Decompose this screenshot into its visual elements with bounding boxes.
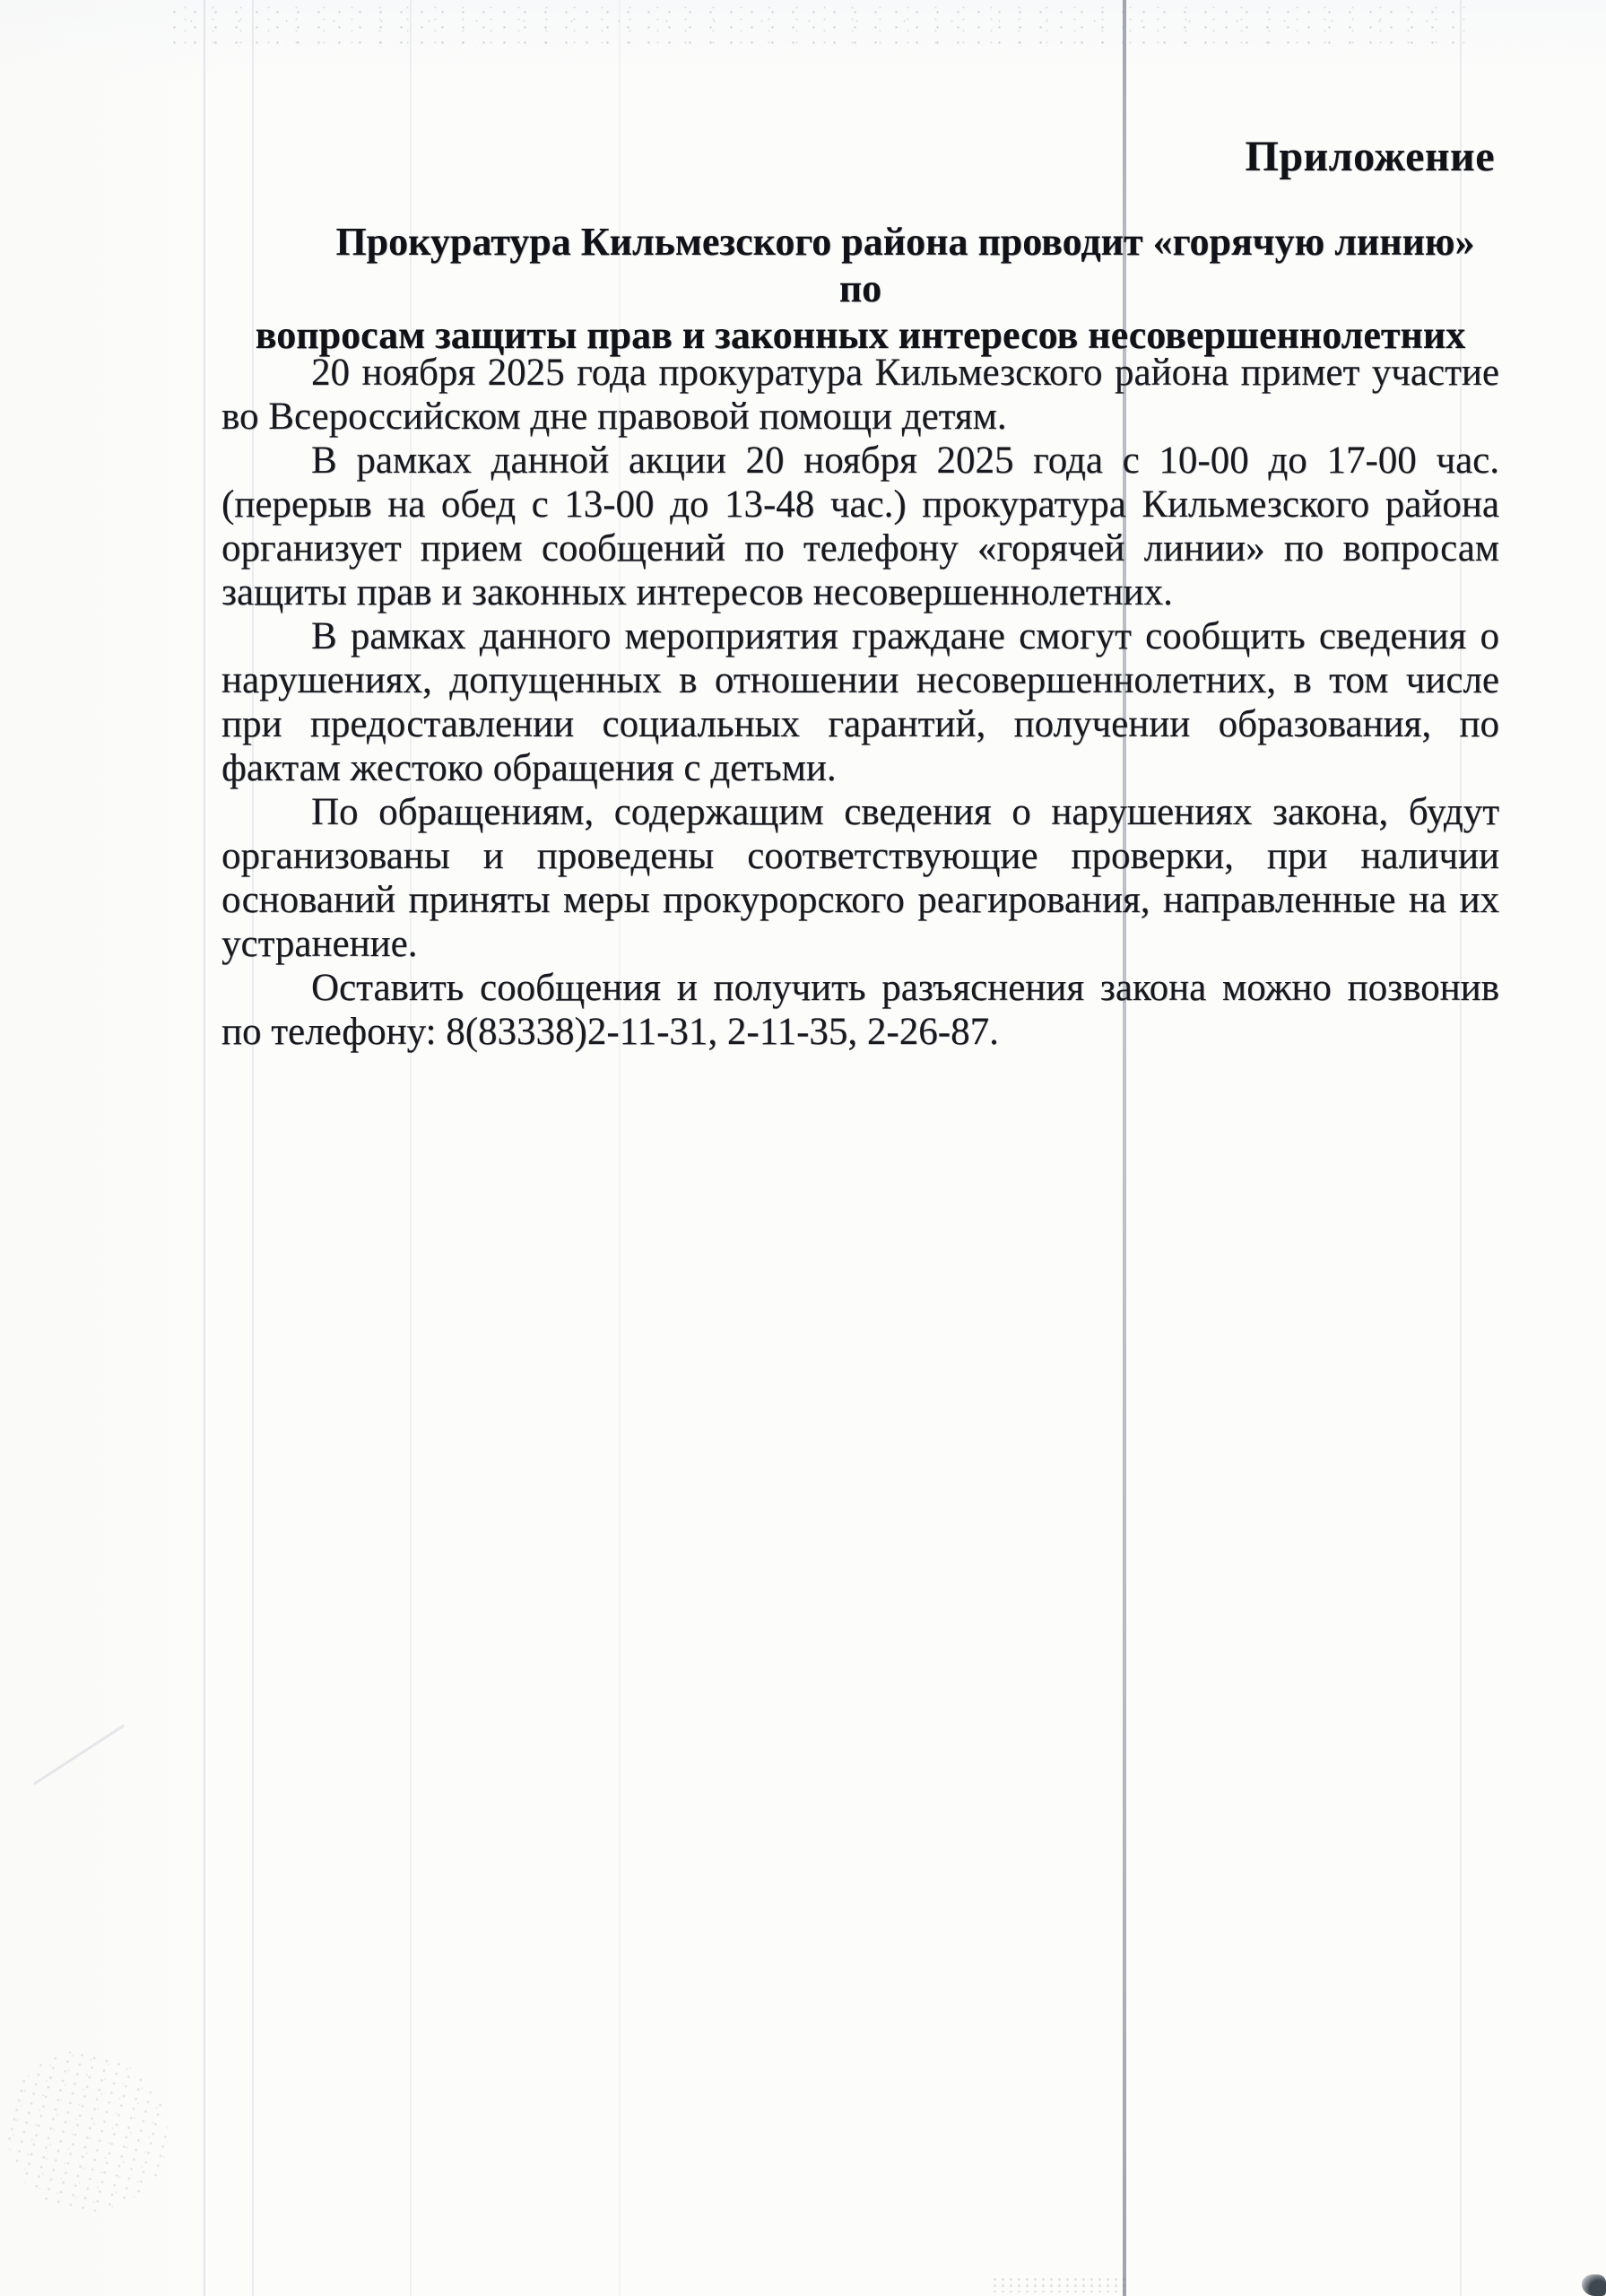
scan-noise-band (161, 0, 1471, 47)
document-line: во Всероссийском дне правовой помощи дет… (221, 395, 1499, 439)
document-line: при предоставлении социальных гарантий, … (221, 702, 1499, 746)
document-line: организует прием сообщений по телефону «… (221, 526, 1499, 570)
scanned-document-page: { "document": { "appendix_label": "Прило… (0, 0, 1606, 2296)
document-line: оснований приняты меры прокурорского реа… (221, 878, 1499, 922)
document-line: По обращениям, содержащим сведения о нар… (221, 790, 1499, 834)
document-line: по телефону: 8(83338)2-11-31, 2-11-35, 2… (221, 1010, 1499, 1054)
scan-smudge (991, 2276, 1125, 2292)
appendix-label: Приложение (1245, 132, 1495, 182)
document-line: В рамках данного мероприятия граждане см… (221, 614, 1499, 658)
document-line: нарушениях, допущенных в отношении несов… (221, 658, 1499, 702)
document-line: фактам жестоко обращения с детьми. (221, 746, 1499, 790)
document-body: 20 ноября 2025 года прокуратура Кильмезс… (221, 351, 1499, 1054)
document-line: Оставить сообщения и получить разъяснени… (221, 966, 1499, 1010)
document-line: В рамках данной акции 20 ноября 2025 год… (221, 439, 1499, 483)
document-line: организованы и проведены соответствующие… (221, 834, 1499, 878)
document-line: устранение. (221, 922, 1499, 966)
document-line: 20 ноября 2025 года прокуратура Кильмезс… (221, 351, 1499, 395)
document-line: защиты прав и законных интересов несовер… (221, 570, 1499, 614)
document-line: (перерыв на обед с 13-00 до 13-48 час.) … (221, 483, 1499, 526)
scan-streak (204, 0, 205, 2296)
document-title-line: Прокуратура Кильмезского района проводит… (221, 219, 1499, 312)
document-title: Прокуратура Кильмезского района проводит… (221, 219, 1499, 359)
scan-ink-blob (1582, 2274, 1606, 2296)
